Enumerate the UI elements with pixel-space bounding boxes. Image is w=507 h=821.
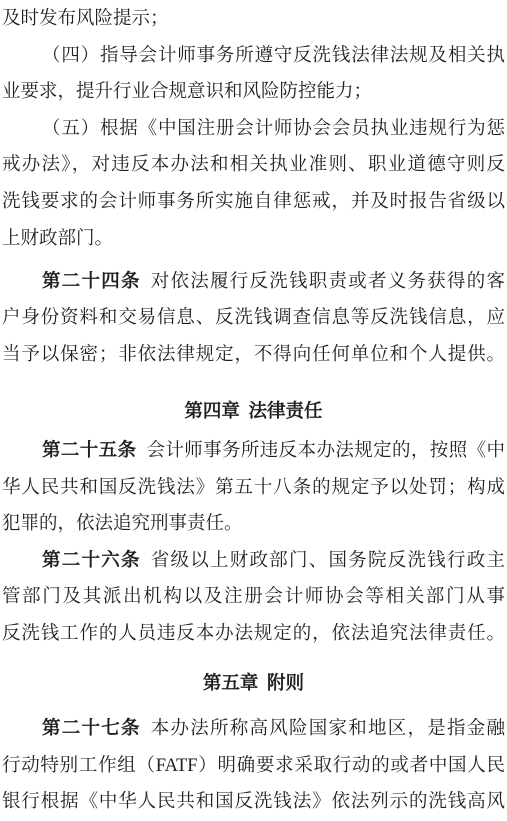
paragraph: 第二十四条对依法履行反洗钱职责或者义务获得的客户身份资料和交易信息、反洗钱调查信… bbox=[2, 264, 505, 374]
line-text: 华人民共和国反洗钱法》第五十八条的规定予以处罚；构成 bbox=[2, 478, 505, 498]
paragraph: （五）根据《中国注册会计师协会会员执业违规行为惩戒办法》，对违反本办法和相关执业… bbox=[2, 111, 505, 257]
text-line: 管部门及其派出机构以及注册会计师协会等相关部门从事 bbox=[2, 579, 505, 616]
line-text: 犯罪的，依法追究刑事责任。 bbox=[2, 514, 243, 534]
text-line: 第二十六条省级以上财政部门、国务院反洗钱行政主 bbox=[2, 543, 505, 580]
text-line: 户身份资料和交易信息、反洗钱调查信息等反洗钱信息，应 bbox=[2, 300, 505, 337]
text-line: 业要求，提升行业合规意识和风险防控能力； bbox=[2, 74, 505, 111]
paragraph: （四）指导会计师事务所遵守反洗钱法律法规及相关执业要求，提升行业合规意识和风险防… bbox=[2, 38, 505, 111]
line-text: 本办法所称高风险国家和地区，是指金融 bbox=[151, 719, 505, 739]
text-line: 华人民共和国反洗钱法》第五十八条的规定予以处罚；构成 bbox=[2, 470, 505, 507]
text-line: 洗钱要求的会计师事务所实施自律惩戒，并及时报告省级以 bbox=[2, 184, 505, 221]
text-line: 当予以保密；非依法律规定，不得向任何单位和个人提供。 bbox=[2, 337, 505, 374]
paragraph: 及时发布风险提示； bbox=[2, 1, 505, 38]
line-text: 业要求，提升行业合规意识和风险防控能力； bbox=[2, 82, 372, 102]
line-text: 省级以上财政部门、国务院反洗钱行政主 bbox=[151, 551, 505, 571]
article-number-label: 第二十六条 bbox=[42, 551, 141, 571]
text-line: 第二十四条对依法履行反洗钱职责或者义务获得的客 bbox=[2, 264, 505, 301]
line-text: 戒办法》，对违反本办法和相关执业准则、职业道德守则反 bbox=[2, 155, 505, 175]
text-line: 第二十五条会计师事务所违反本办法规定的，按照《中 bbox=[2, 433, 505, 470]
line-text: 行动特别工作组（FATF）明确要求采取行动的或者中国人民 bbox=[2, 756, 505, 776]
text-line: 犯罪的，依法追究刑事责任。 bbox=[2, 506, 505, 543]
chapter-heading: 第五章 附则 bbox=[2, 666, 505, 703]
line-text: 洗钱要求的会计师事务所实施自律惩戒，并及时报告省级以 bbox=[2, 192, 505, 212]
line-text: 反洗钱工作的人员违反本办法规定的，依法追究法律责任。 bbox=[2, 624, 505, 644]
line-text: 当予以保密；非依法律规定，不得向任何单位和个人提供。 bbox=[2, 345, 505, 365]
text-line: （四）指导会计师事务所遵守反洗钱法律法规及相关执 bbox=[2, 38, 505, 75]
article-number-label: 第二十七条 bbox=[42, 719, 141, 739]
text-line: 反洗钱工作的人员违反本办法规定的，依法追究法律责任。 bbox=[2, 616, 505, 653]
text-line: 戒办法》，对违反本办法和相关执业准则、职业道德守则反 bbox=[2, 147, 505, 184]
text-line: 及时发布风险提示； bbox=[2, 1, 505, 38]
text-line: （五）根据《中国注册会计师协会会员执业违规行为惩 bbox=[2, 111, 505, 148]
text-line: 上财政部门。 bbox=[2, 221, 505, 258]
article-number-label: 第二十五条 bbox=[42, 441, 136, 461]
line-text: （五）根据《中国注册会计师协会会员执业违规行为惩 bbox=[42, 119, 505, 139]
text-line: 第二十七条本办法所称高风险国家和地区，是指金融 bbox=[2, 711, 505, 748]
text-line: 行动特别工作组（FATF）明确要求采取行动的或者中国人民 bbox=[2, 748, 505, 785]
line-text: 及时发布风险提示； bbox=[2, 9, 169, 29]
text-line: 银行根据《中华人民共和国反洗钱法》依法列示的洗钱高风 bbox=[2, 784, 505, 821]
article-number-label: 第二十四条 bbox=[42, 272, 141, 292]
paragraph: 第二十六条省级以上财政部门、国务院反洗钱行政主管部门及其派出机构以及注册会计师协… bbox=[2, 543, 505, 653]
line-text: （四）指导会计师事务所遵守反洗钱法律法规及相关执 bbox=[42, 46, 505, 66]
line-text: 户身份资料和交易信息、反洗钱调查信息等反洗钱信息，应 bbox=[2, 308, 505, 328]
line-text: 银行根据《中华人民共和国反洗钱法》依法列示的洗钱高风 bbox=[2, 792, 505, 812]
paragraph: 第二十七条本办法所称高风险国家和地区，是指金融行动特别工作组（FATF）明确要求… bbox=[2, 711, 505, 821]
line-text: 上财政部门。 bbox=[2, 229, 113, 249]
line-text: 对依法履行反洗钱职责或者义务获得的客 bbox=[151, 272, 505, 292]
document-page: 及时发布风险提示；（四）指导会计师事务所遵守反洗钱法律法规及相关执业要求，提升行… bbox=[0, 0, 507, 821]
line-text: 管部门及其派出机构以及注册会计师协会等相关部门从事 bbox=[2, 587, 505, 607]
chapter-heading: 第四章 法律责任 bbox=[2, 394, 505, 431]
line-text: 会计师事务所违反本办法规定的，按照《中 bbox=[146, 441, 505, 461]
paragraph: 第二十五条会计师事务所违反本办法规定的，按照《中华人民共和国反洗钱法》第五十八条… bbox=[2, 433, 505, 543]
